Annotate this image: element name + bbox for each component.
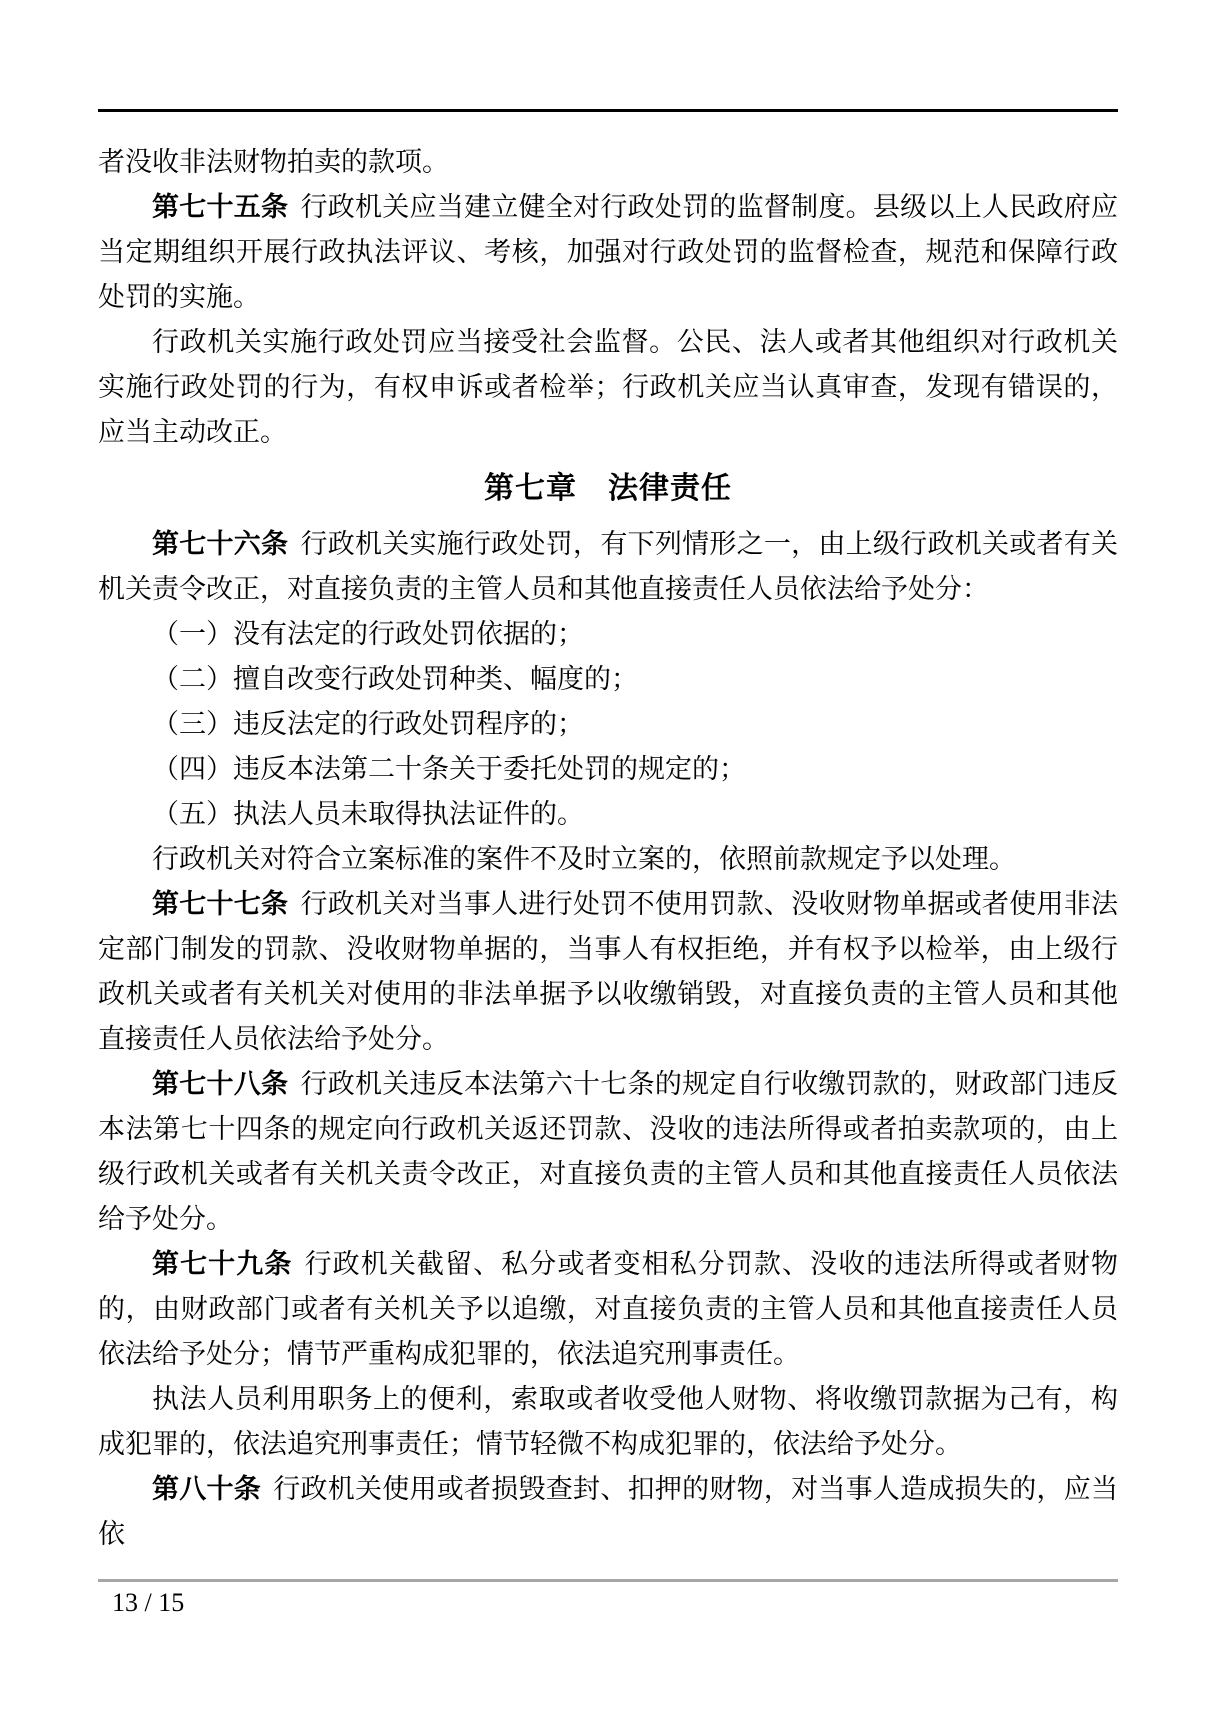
paragraph-text: 者没收非法财物拍卖的款项。 (98, 147, 449, 177)
page-number: 13 / 15 (112, 1586, 184, 1620)
paragraph-text: 行政机关对符合立案标准的案件不及时立案的，依照前款规定予以处理。 (152, 844, 1016, 874)
list-item-1: （一）没有法定的行政处罚依据的； (98, 612, 1118, 657)
document-page: 者没收非法财物拍卖的款项。 第七十五条行政机关应当建立健全对行政处罚的监督制度。… (0, 0, 1216, 1720)
chapter-heading: 第七章 法律责任 (98, 466, 1118, 511)
article-number: 第七十七条 (152, 889, 288, 919)
article-number: 第七十五条 (152, 192, 288, 222)
article-number: 第八十条 (152, 1474, 261, 1504)
article-paragraph-75: 第七十五条行政机关应当建立健全对行政处罚的监督制度。县级以上人民政府应当定期组织… (98, 185, 1118, 320)
article-number: 第七十八条 (152, 1069, 288, 1099)
paragraph-text: 行政机关实施行政处罚应当接受社会监督。公民、法人或者其他组织对行政机关实施行政处… (98, 327, 1118, 447)
footer-rule (98, 1579, 1118, 1582)
paragraph-text: （二）擅自改变行政处罚种类、幅度的； (152, 664, 638, 694)
paragraph-continuation: 者没收非法财物拍卖的款项。 (98, 140, 1118, 185)
paragraph-text: （一）没有法定的行政处罚依据的； (152, 619, 584, 649)
list-item-4: （四）违反本法第二十条关于委托处罚的规定的； (98, 747, 1118, 792)
paragraph-text: 执法人员利用职务上的便利，索取或者收受他人财物、将收缴罚款据为己有，构成犯罪的，… (98, 1384, 1118, 1459)
article-number: 第七十六条 (152, 529, 288, 559)
list-item-5: （五）执法人员未取得执法证件的。 (98, 792, 1118, 837)
paragraph-supervision: 行政机关实施行政处罚应当接受社会监督。公民、法人或者其他组织对行政机关实施行政处… (98, 320, 1118, 455)
paragraph-case-filing: 行政机关对符合立案标准的案件不及时立案的，依照前款规定予以处理。 (98, 837, 1118, 882)
article-paragraph-78: 第七十八条行政机关违反本法第六十七条的规定自行收缴罚款的，财政部门违反本法第七十… (98, 1062, 1118, 1242)
article-paragraph-80: 第八十条行政机关使用或者损毁查封、扣押的财物，对当事人造成损失的，应当依 (98, 1467, 1118, 1557)
document-body: 者没收非法财物拍卖的款项。 第七十五条行政机关应当建立健全对行政处罚的监督制度。… (98, 140, 1118, 1557)
article-number: 第七十九条 (152, 1249, 292, 1279)
paragraph-text: （三）违反法定的行政处罚程序的； (152, 709, 584, 739)
article-paragraph-79: 第七十九条行政机关截留、私分或者变相私分罚款、没收的违法所得或者财物的，由财政部… (98, 1242, 1118, 1377)
paragraph-text: （四）违反本法第二十条关于委托处罚的规定的； (152, 754, 746, 784)
list-item-3: （三）违反法定的行政处罚程序的； (98, 702, 1118, 747)
article-paragraph-76: 第七十六条行政机关实施行政处罚，有下列情形之一，由上级行政机关或者有关机关责令改… (98, 522, 1118, 612)
list-item-2: （二）擅自改变行政处罚种类、幅度的； (98, 657, 1118, 702)
paragraph-enforcement-personnel: 执法人员利用职务上的便利，索取或者收受他人财物、将收缴罚款据为己有，构成犯罪的，… (98, 1377, 1118, 1467)
header-rule (98, 109, 1118, 112)
article-paragraph-77: 第七十七条行政机关对当事人进行处罚不使用罚款、没收财物单据或者使用非法定部门制发… (98, 882, 1118, 1062)
paragraph-text: （五）执法人员未取得执法证件的。 (152, 799, 584, 829)
